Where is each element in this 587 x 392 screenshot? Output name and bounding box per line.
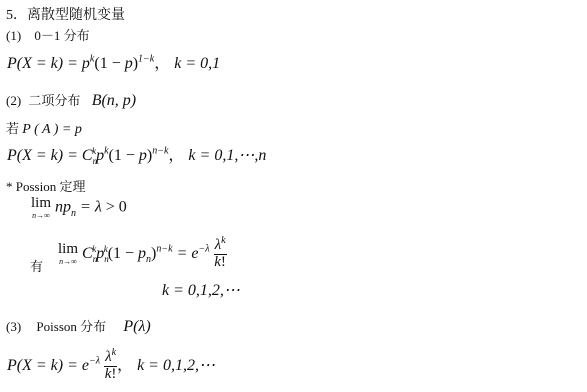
formula-poisson: P(X = k) = e−λ λkk!， k = 0,1,2,⋯	[7, 350, 215, 383]
item-1-label: (1)	[6, 28, 21, 43]
item-2-name: 二项分布	[28, 93, 80, 108]
item-3-label: (3)	[6, 319, 21, 334]
binomial-condition: 若 P ( A ) = p	[6, 118, 82, 138]
section-title: 5．离散型随机变量	[6, 4, 125, 24]
range-0n: k = 0,1,⋯,n	[188, 147, 266, 164]
item-2-label: (2)	[6, 93, 21, 108]
poisson-notation: P(λ)	[123, 318, 150, 335]
item-2-heading: (2) 二项分布 B(n, p)	[6, 90, 136, 110]
condition-prefix: 若	[6, 121, 19, 136]
range-01: k = 0,1	[174, 55, 220, 72]
item-3-heading: (3) Poisson 分布 P(λ)	[6, 316, 151, 336]
binomial-notation: B(n, p)	[92, 92, 136, 109]
result-prefix: 有	[30, 256, 43, 275]
range-012: k = 0,1,2,⋯	[137, 357, 215, 374]
formula-limit-premise: limn→∞ npn = λ > 0	[31, 196, 127, 220]
formula-binomial: P(X = k) = Cnkpk(1 − p)n−k， k = 0,1,⋯,n	[7, 142, 266, 165]
range-012-theorem: k = 0,1,2,⋯	[162, 280, 240, 300]
item-1-heading: (1) 0－1 分布	[6, 25, 90, 44]
formula-limit-result: limn→∞ Cnkpnk(1 − pn)n−k = e−λ λkk!	[58, 238, 227, 271]
poisson-theorem-heading: * Possion 定理	[6, 176, 85, 195]
item-3-name: Poisson 分布	[36, 319, 106, 334]
item-1-name: 0－1 分布	[34, 28, 89, 43]
formula-bernoulli: P(X = k) = pk(1 − p)1−k， k = 0,1	[7, 50, 220, 73]
